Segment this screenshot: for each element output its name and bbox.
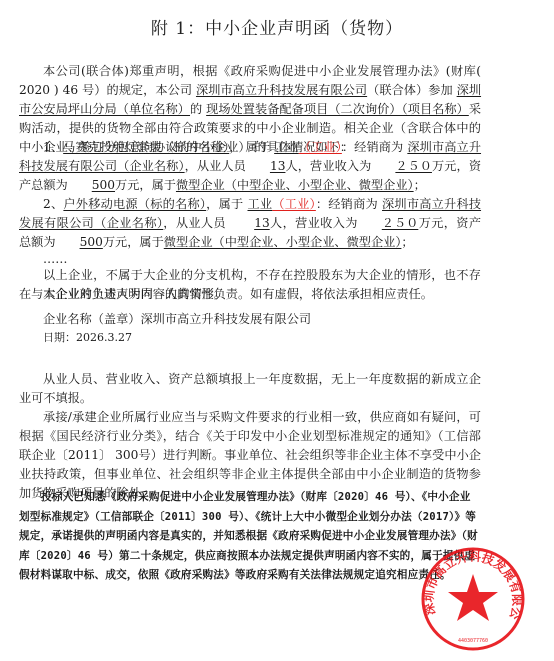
item-text: ， 属于	[229, 140, 274, 154]
signature-company: 企业名称（盖章）深圳市高立升科技发展有限公司	[43, 311, 311, 328]
item-text: ：经销商为	[342, 140, 407, 154]
signature-date: 日期：2026.3.27	[43, 329, 132, 346]
item-text: ，从业人员	[163, 216, 230, 230]
statement-truthfulness: 本企业对上述声明内容的真实性负责。如有虚假，将依法承担相应责任。	[19, 285, 481, 304]
enterprise-size: 微型企业（中型企业、小型企业、微型企业）	[176, 178, 414, 192]
project-name: 现场处置装备配备项目（二次询价）（项目名称）	[206, 102, 469, 116]
item-text: ：经销商为	[316, 197, 382, 211]
seal-serial: 4403077760	[458, 638, 488, 644]
item-1: 1、马赛克投射灯套装（标的名称）， 属于 工业（工业）：经销商为 深圳市高立升科…	[19, 138, 481, 195]
item-text: 人，营业收入为	[270, 216, 358, 230]
revenue: ２５０	[371, 157, 432, 176]
industry: 工业	[274, 140, 299, 154]
page-title: 附 1：中小企业声明函（货物）	[0, 14, 554, 39]
intro-text: 的	[190, 102, 206, 116]
star-icon	[448, 574, 498, 621]
staff-count: 13	[230, 214, 270, 233]
staff-count: 13	[246, 157, 286, 176]
industry: 工业	[248, 197, 273, 211]
intro-text: （联合体）参加	[367, 83, 457, 97]
signature-company-name: 深圳市高立升科技发展有限公司	[141, 312, 312, 326]
item-text: ；	[414, 178, 426, 192]
note-data-year: 从业人员、营业收入、资产总额填报上一年度数据，无上一年度数据的新成立企业可不填报…	[19, 370, 481, 408]
company-seal-stamp: 深圳市高立升科技发展有限公司 4403077760	[418, 544, 528, 654]
date-value: 2026.3.27	[76, 331, 132, 344]
item-text: ；	[401, 235, 413, 249]
item-index: 1、	[43, 140, 63, 154]
industry-red: （工业）	[299, 140, 342, 154]
assets: 500	[68, 176, 115, 195]
item-2: 2、户外移动电源（标的名称），属于 工业（工业）：经销商为 深圳市高立升科技发展…	[19, 195, 481, 252]
revenue: ２５０	[358, 214, 419, 233]
intro-text: ）的规定，本公司	[94, 83, 196, 97]
signature-label: 企业名称（盖章）	[43, 312, 141, 326]
item-text: ，从业人员	[185, 159, 246, 173]
item-text: 万元，属于	[115, 178, 176, 192]
company-name: 深圳市高立升科技发展有限公司	[196, 83, 367, 97]
item-name: 马赛克投射灯套装（标的名称）	[63, 140, 229, 154]
item-text: 万元，属于	[103, 235, 164, 249]
item-text: ，属于	[206, 197, 247, 211]
item-text: 人，营业收入为	[285, 159, 371, 173]
item-index: 2、	[43, 197, 63, 211]
date-label: 日期：	[43, 331, 76, 344]
item-name: 户外移动电源（标的名称）	[63, 197, 206, 211]
industry-red: （工业）	[272, 197, 316, 211]
enterprise-size: 微型企业（中型企业、小型企业、微型企业）	[164, 235, 402, 249]
bidder-commitment: 投标人已知悉《政府采购促进中小企业发展管理办法》（财库〔2020〕46 号）、《…	[19, 488, 481, 586]
